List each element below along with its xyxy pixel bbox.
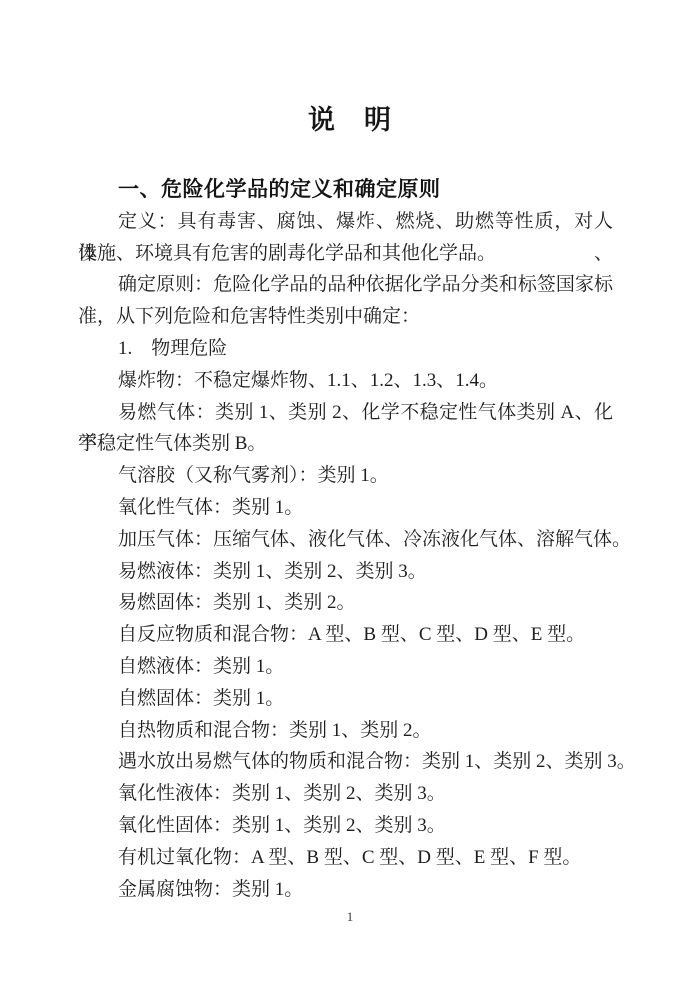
- text-line: 自燃液体：类别 1。: [78, 651, 613, 683]
- text-line: 自热物质和混合物：类别 1、类别 2。: [78, 715, 613, 747]
- text-line: 自反应物质和混合物：A 型、B 型、C 型、D 型、E 型。: [78, 619, 613, 651]
- text-line: 氧化性固体：类别 1、类别 2、类别 3。: [78, 810, 613, 842]
- text-line: 易燃固体：类别 1、类别 2。: [78, 587, 613, 619]
- section-heading: 一、危险化学品的定义和确定原则: [78, 174, 613, 206]
- text-line: 有机过氧化物：A 型、B 型、C 型、D 型、E 型、F 型。: [78, 842, 613, 874]
- document-page: 说 明 一、危险化学品的定义和确定原则定义：具有毒害、腐蚀、爆炸、燃烧、助燃等性…: [0, 0, 700, 989]
- text-line: 确定原则：危险化学品的品种依据化学品分类和标签国家标: [78, 269, 613, 301]
- text-line: 加压气体：压缩气体、液化气体、冷冻液化气体、溶解气体。: [78, 524, 613, 556]
- text-line: 易燃液体：类别 1、类别 2、类别 3。: [78, 556, 613, 588]
- text-line: 气溶胶（又称气雾剂）：类别 1。: [78, 460, 613, 492]
- text-line: 定义：具有毒害、腐蚀、爆炸、燃烧、助燃等性质，对人体、: [78, 206, 613, 238]
- text-line: 准，从下列危险和危害特性类别中确定：: [78, 301, 613, 333]
- text-line: 爆炸物：不稳定爆炸物、1.1、1.2、1.3、1.4。: [78, 365, 613, 397]
- text-line: 易燃气体：类别 1、类别 2、化学不稳定性气体类别 A、化学: [78, 397, 613, 429]
- document-title: 说 明: [0, 103, 700, 137]
- text-line: 氧化性液体：类别 1、类别 2、类别 3。: [78, 778, 613, 810]
- text-line: 遇水放出易燃气体的物质和混合物：类别 1、类别 2、类别 3。: [78, 746, 613, 778]
- page-number: 1: [0, 908, 700, 926]
- text-line: 1. 物理危险: [78, 333, 613, 365]
- text-line: 不稳定性气体类别 B。: [78, 428, 613, 460]
- body-lines: 一、危险化学品的定义和确定原则定义：具有毒害、腐蚀、爆炸、燃烧、助燃等性质，对人…: [78, 174, 613, 905]
- text-line: 氧化性气体：类别 1。: [78, 492, 613, 524]
- text-line: 金属腐蚀物：类别 1。: [78, 874, 613, 906]
- text-line: 自燃固体：类别 1。: [78, 683, 613, 715]
